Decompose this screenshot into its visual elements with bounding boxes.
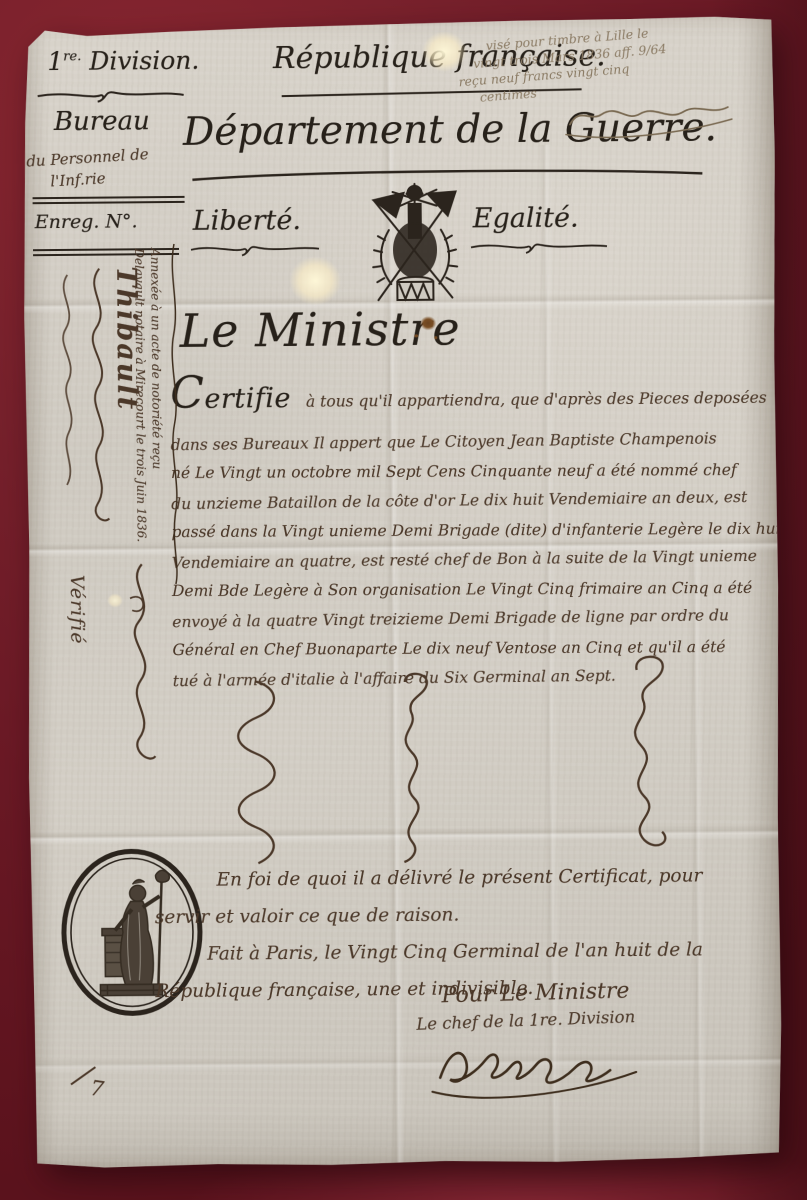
signoff-chef-division: Le chef de la 1re. Division [395, 1006, 656, 1034]
closing-line: servir et valoir ce que de raison. [155, 894, 735, 936]
liberte-underline-swash [189, 243, 321, 257]
body-line: envoyé à la quatre Vingt treizieme Demi … [172, 601, 778, 638]
page-number-mark: 7 [89, 1076, 105, 1102]
rule-double [33, 196, 185, 204]
division-number: 1 [47, 47, 63, 76]
egalite-label: Egalité. [473, 202, 579, 234]
stamp-annotation: visé pour timbre à Lille le vingt trois … [485, 15, 769, 105]
body-line: du unzieme Bataillon de la côte d'or Le … [171, 483, 777, 520]
body-line: dans ses Bureaux Il appert que Le Citoye… [171, 424, 777, 461]
margin-verified-label: Vérifié [66, 575, 89, 695]
body-paragraph: dans ses Bureaux Il appert que Le Citoye… [171, 425, 779, 696]
minister-signature-flourish [424, 1032, 645, 1106]
margin-separator-wavy-line [167, 244, 182, 584]
body-first-line: Certifie à tous qu'il appartiendra, que … [170, 379, 767, 415]
egalite-underline-swash [469, 240, 609, 254]
enreg-label: Enreg. N°. [35, 210, 138, 233]
fold-crease [28, 1053, 784, 1074]
division-word: Division. [81, 46, 199, 76]
margin-signature-flourish [79, 262, 119, 532]
margin-note-line: Annexée à un acte de notoriété reçu [147, 248, 166, 578]
minister-heading: Le Ministre [179, 301, 460, 357]
stamp-annotation-signature [560, 97, 740, 143]
bureau-manuscript-line2: l'Inf.rie [50, 169, 106, 190]
war-trophy-emblem [358, 175, 471, 316]
margin-signature-flourish [120, 558, 162, 773]
framed-photograph: 1re. Division. Bureau du Personnel de l'… [0, 0, 807, 1200]
body-line: Vendemiaire an quatre, est resté chef de… [172, 542, 778, 579]
division-superscript: re. [63, 49, 81, 64]
filler-flourish-squiggle [217, 675, 289, 868]
division-heading: 1re. Division. [47, 46, 199, 76]
filler-flourish-squiggle [381, 668, 453, 869]
margin-signature-flourish [51, 271, 83, 491]
bureau-manuscript-line1: du Personnel de [26, 145, 149, 170]
closing-line: Fait à Paris, le Vingt Cinq Germinal de … [155, 931, 735, 973]
closing-line: En foi de quoi il a délivré le présent C… [154, 857, 734, 899]
certify-word: Certifie [170, 383, 291, 415]
document-paper-wrap: 1re. Division. Bureau du Personnel de l'… [19, 13, 785, 1170]
liberte-label: Liberté. [193, 205, 301, 237]
body-line1-rest: à tous qu'il appartiendra, que d'après d… [306, 389, 767, 411]
document-paper: 1re. Division. Bureau du Personnel de l'… [19, 13, 785, 1170]
filler-flourish-squiggle [609, 654, 687, 867]
division-underline-swash [36, 88, 186, 103]
